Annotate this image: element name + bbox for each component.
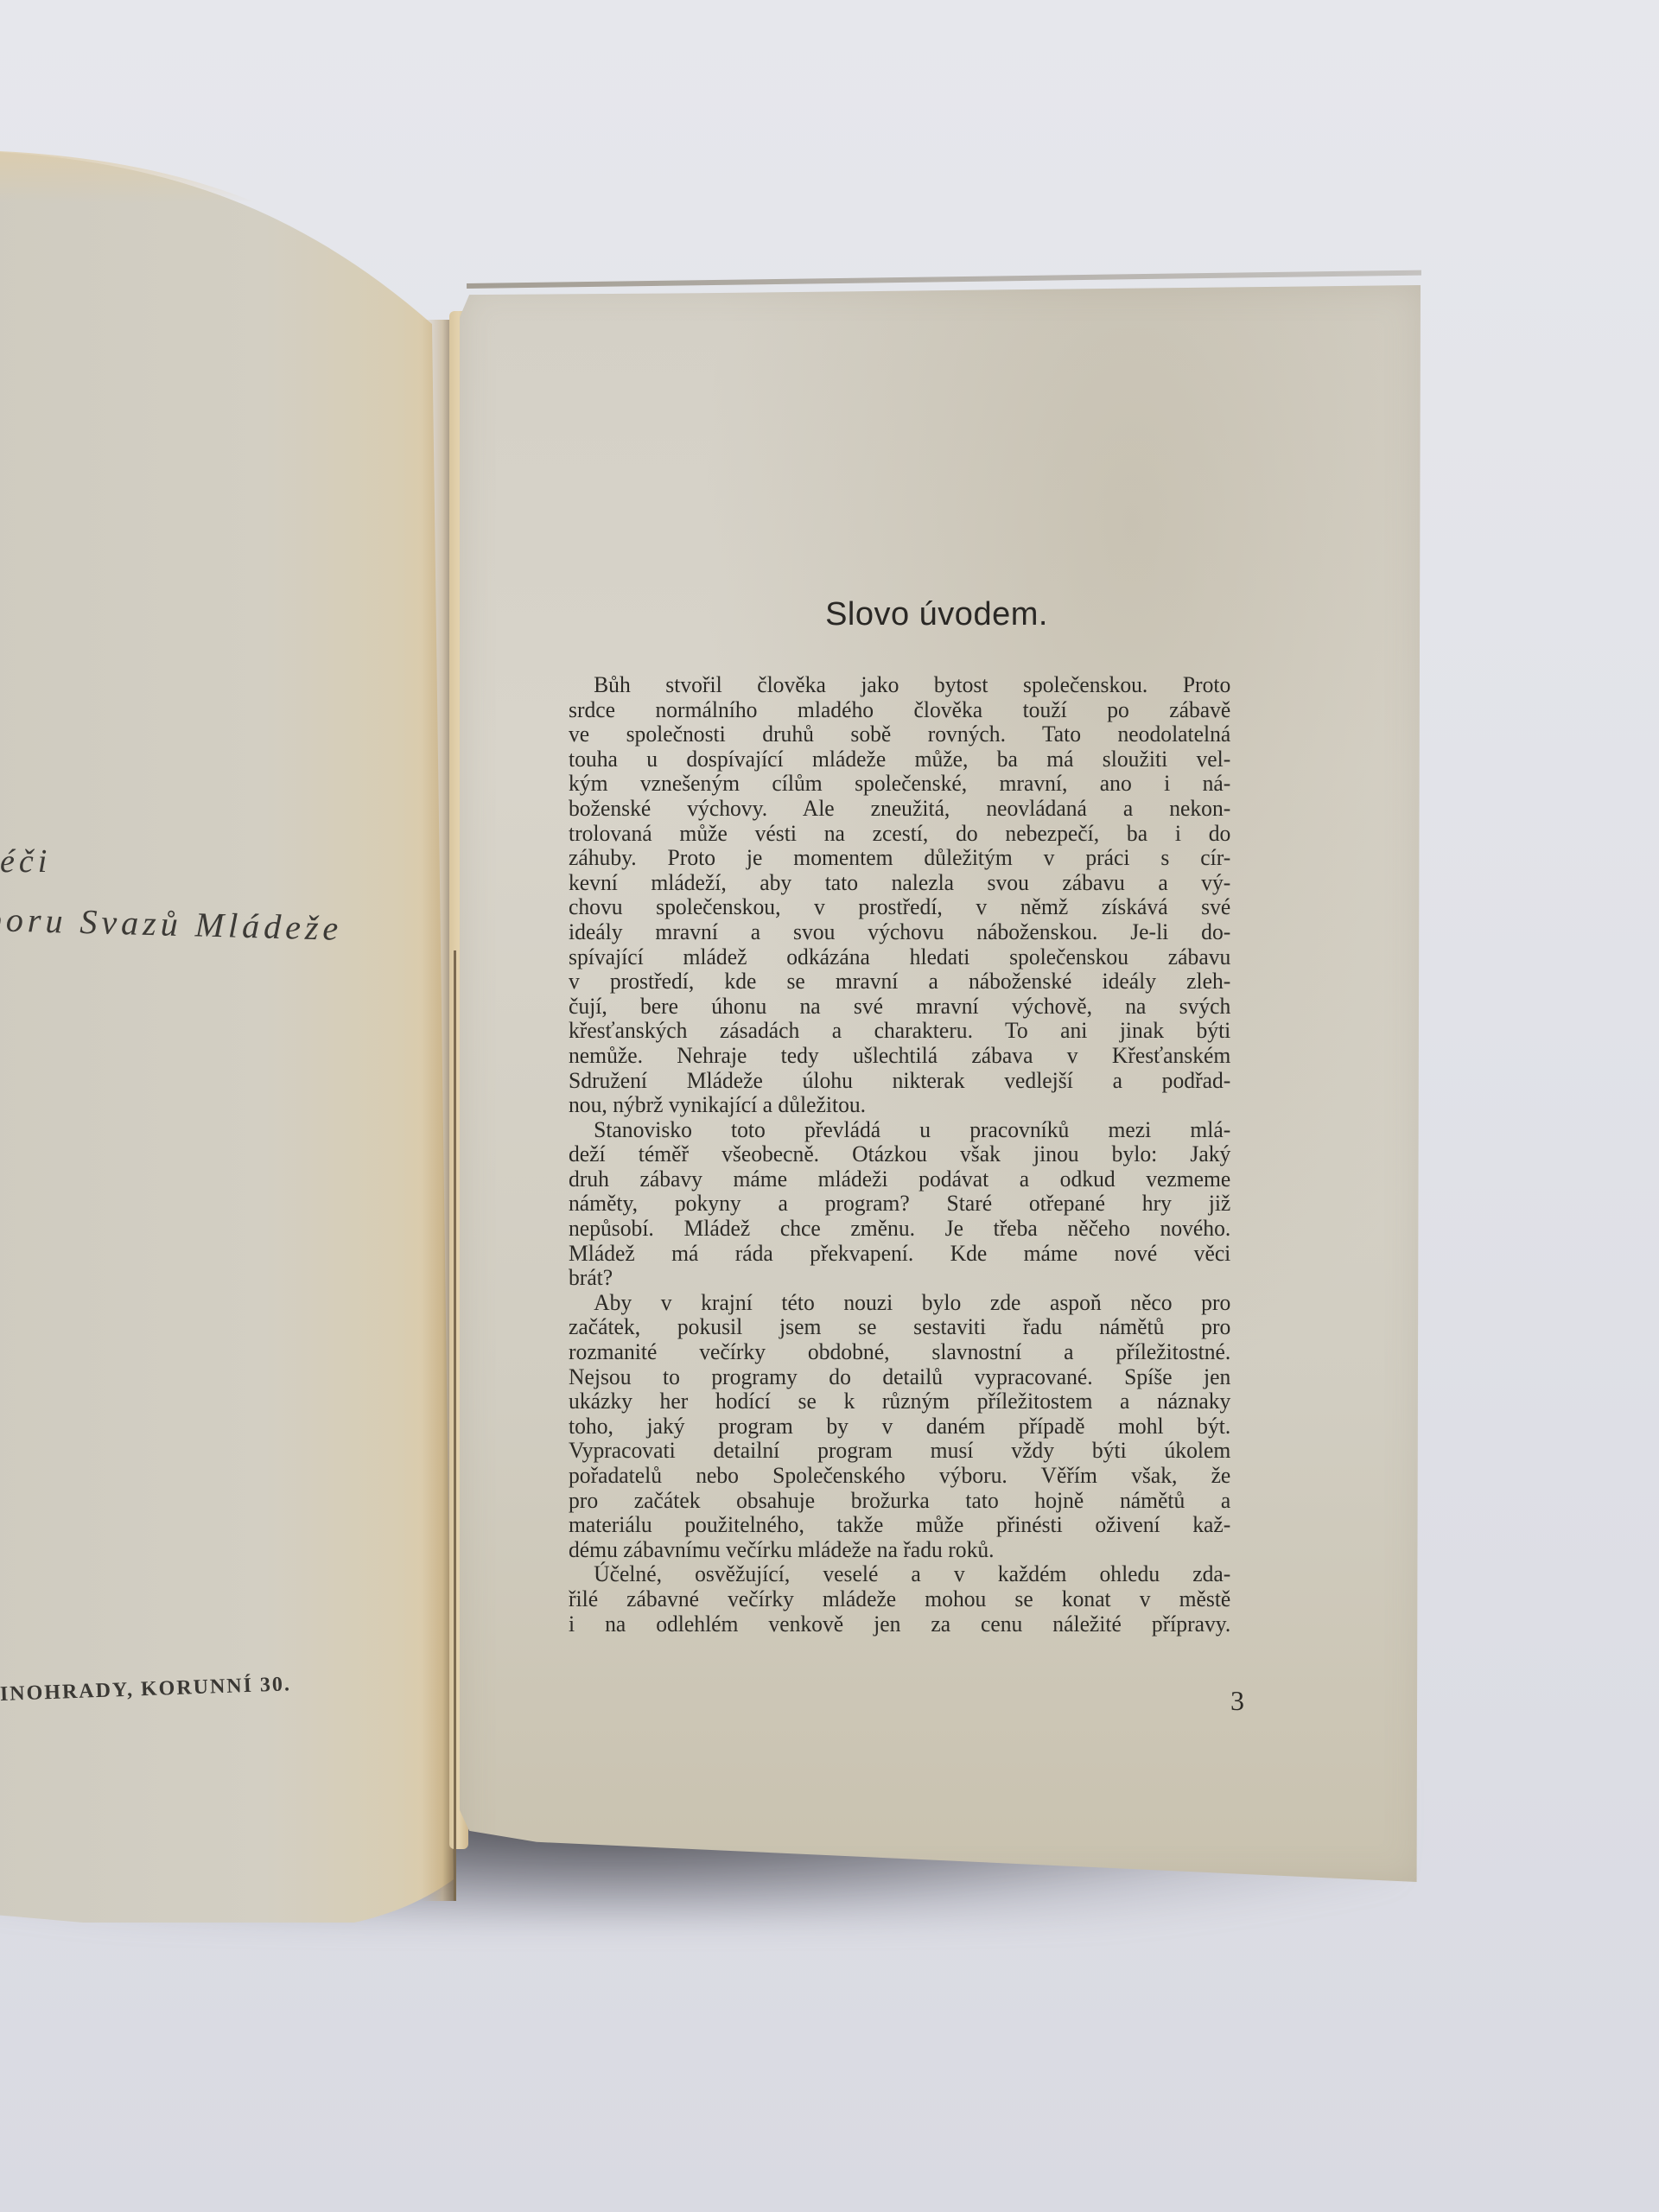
body-text-line: záhuby. Proto je momentem důležitým v pr… bbox=[569, 845, 1230, 870]
body-text-line: Bůh stvořil člověka jako bytost společen… bbox=[569, 672, 1230, 697]
body-text-line: náměty, pokyny a program? Staré otřepané… bbox=[569, 1191, 1230, 1216]
body-text-line: čují, bere úhonu na své mravní výchově, … bbox=[569, 994, 1230, 1019]
body-text-line: pořadatelů nebo Společenského výboru. Vě… bbox=[569, 1463, 1230, 1488]
body-text-line: ve společnosti druhů sobě rovných. Tato … bbox=[569, 721, 1230, 747]
body-text-line: i na odlehlém venkově jen za cenu náleži… bbox=[569, 1611, 1230, 1637]
body-text-line: kevní mládeží, aby tato nalezla svou záb… bbox=[569, 870, 1230, 895]
left-page bbox=[0, 151, 454, 1923]
right-page-top-edge bbox=[467, 270, 1421, 289]
photo-scene: ​ éči boru Svazů Mládeže INOHRADY, KORUN… bbox=[0, 0, 1659, 2212]
gutter-fold-line bbox=[454, 950, 456, 1901]
page-number: 3 bbox=[1230, 1685, 1244, 1717]
body-text-line: Aby v krajní této nouzi bylo zde aspoň n… bbox=[569, 1290, 1230, 1315]
body-text-line: Účelné, osvěžující, veselé a v každém oh… bbox=[569, 1561, 1230, 1586]
body-text-line: nou, nýbrž vynikající a důležitou. bbox=[569, 1092, 1230, 1117]
page-title: Slovo úvodem. bbox=[456, 596, 1417, 633]
body-text-line: Mládež má ráda překvapení. Kde máme nové… bbox=[569, 1241, 1230, 1266]
body-text-line: brát? bbox=[569, 1265, 1230, 1290]
body-text-line: nepůsobí. Mládež chce změnu. Je třeba ně… bbox=[569, 1216, 1230, 1241]
body-text-line: v prostředí, kde se mravní a náboženské … bbox=[569, 969, 1230, 994]
body-text-line: Nejsou to programy do detailů vypracovan… bbox=[569, 1364, 1230, 1389]
body-text-line: trolovaná může vésti na zcestí, do nebez… bbox=[569, 821, 1230, 846]
left-page-line-1: éči bbox=[0, 842, 51, 880]
body-text-line: rozmanité večírky obdobné, slavnostní a … bbox=[569, 1339, 1230, 1364]
body-text-line: boženské výchovy. Ale zneužitá, neovláda… bbox=[569, 796, 1230, 821]
body-text-line: Vypracovati detailní program musí vždy b… bbox=[569, 1438, 1230, 1463]
body-text-line: chovu společenskou, v prostředí, v němž … bbox=[569, 894, 1230, 919]
body-text-line: dému zábavnímu večírku mládeže na řadu r… bbox=[569, 1537, 1230, 1562]
body-text-line: řilé zábavné večírky mládeže mohou se ko… bbox=[569, 1586, 1230, 1611]
body-text-line: ideály mravní a svou výchovu náboženskou… bbox=[569, 919, 1230, 944]
body-text-line: křesťanských zásadách a charakteru. To a… bbox=[569, 1018, 1230, 1043]
body-text: Bůh stvořil člověka jako bytost společen… bbox=[569, 672, 1230, 1636]
body-text-line: ukázky her hodící se k různým příležitos… bbox=[569, 1389, 1230, 1414]
body-text-line: Stanovisko toto převládá u pracovníků me… bbox=[569, 1117, 1230, 1142]
body-text-line: druh zábavy máme mládeži podávat a odkud… bbox=[569, 1166, 1230, 1192]
body-text-line: kým vznešeným cílům společenské, mravní,… bbox=[569, 771, 1230, 796]
body-text-line: spívající mládež odkázána hledati společ… bbox=[569, 944, 1230, 969]
body-text-line: začátek, pokusil jsem se sestaviti řadu … bbox=[569, 1314, 1230, 1339]
body-text-line: deží téměř všeobecně. Otázkou však jinou… bbox=[569, 1141, 1230, 1166]
body-text-line: touha u dospívající mládeže může, ba má … bbox=[569, 747, 1230, 772]
body-text-line: srdce normálního mladého člověka touží p… bbox=[569, 697, 1230, 722]
body-text-line: toho, jaký program by v daném případě mo… bbox=[569, 1414, 1230, 1439]
body-text-line: pro začátek obsahuje brožurka tato hojně… bbox=[569, 1488, 1230, 1513]
body-text-line: nemůže. Nehraje tedy ušlechtilá zábava v… bbox=[569, 1043, 1230, 1068]
body-text-line: Sdružení Mládeže úlohu nikterak vedlejší… bbox=[569, 1068, 1230, 1093]
body-text-line: materiálu použitelného, takže může přiné… bbox=[569, 1512, 1230, 1537]
left-page-top-edge bbox=[0, 151, 467, 203]
